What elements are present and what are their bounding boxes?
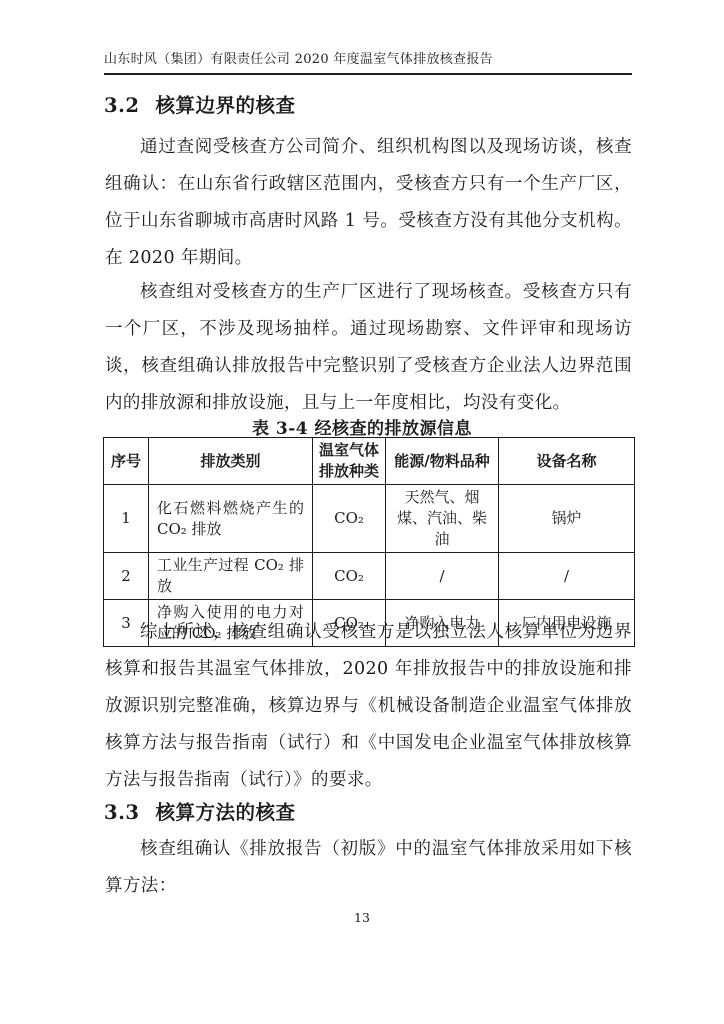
table-cell: /	[499, 553, 635, 600]
table-cell: /	[386, 553, 499, 600]
paragraph-method-intro: 核查组确认《排放报告（初版》中的温室气体排放采用如下核算方法：	[105, 831, 632, 905]
table-cell: 天然气、烟煤、汽油、柴油	[386, 485, 499, 553]
table-header-cell: 能源/物料品种	[386, 438, 499, 485]
table-row: 1 化石燃料燃烧产生的 CO₂ 排放 CO₂ 天然气、烟煤、汽油、柴油 锅炉	[104, 485, 635, 553]
section-3-3-number: 3.3	[104, 801, 139, 824]
document-header: 山东时风（集团）有限责任公司 2020 年度温室气体排放核查报告	[104, 48, 632, 75]
emission-table-caption: 表 3-4 经核查的排放源信息	[0, 414, 724, 439]
table-cell: 2	[104, 553, 149, 600]
table-header-cell: 温室气体排放种类	[313, 438, 386, 485]
table-header-row: 序号 排放类别 温室气体排放种类 能源/物料品种 设备名称	[104, 438, 635, 485]
paragraph-conclusion: 综上所述，核查组确认受核查方是以独立法人核算单位为边界核算和报告其温室气体排放，…	[105, 614, 632, 799]
table-cell: 化石燃料燃烧产生的 CO₂ 排放	[149, 485, 313, 553]
table-header-cell: 设备名称	[499, 438, 635, 485]
table-cell: CO₂	[313, 553, 386, 600]
table-cell: CO₂	[313, 485, 386, 553]
section-3-2-heading: 3.2核算边界的核查	[104, 90, 295, 118]
paragraph-boundary-intro: 通过查阅受核查方公司简介、组织机构图以及现场访谈，核查组确认：在山东省行政辖区范…	[105, 129, 632, 277]
paragraph-site-verification: 核查组对受核查方的生产厂区进行了现场核查。受核查方只有一个厂区，不涉及现场抽样。…	[105, 274, 632, 422]
section-3-2-title: 核算边界的核查	[155, 94, 295, 117]
section-3-3-heading: 3.3核算方法的核查	[104, 797, 295, 825]
section-3-3-title: 核算方法的核查	[155, 801, 295, 824]
table-cell: 1	[104, 485, 149, 553]
table-cell: 工业生产过程 CO₂ 排放	[149, 553, 313, 600]
table-cell: 锅炉	[499, 485, 635, 553]
table-header-cell: 序号	[104, 438, 149, 485]
table-header-cell: 排放类别	[149, 438, 313, 485]
section-3-2-number: 3.2	[104, 94, 139, 117]
page-number: 13	[0, 910, 724, 925]
table-row: 2 工业生产过程 CO₂ 排放 CO₂ / /	[104, 553, 635, 600]
document-page: 山东时风（集团）有限责任公司 2020 年度温室气体排放核查报告 3.2核算边界…	[0, 0, 724, 1024]
